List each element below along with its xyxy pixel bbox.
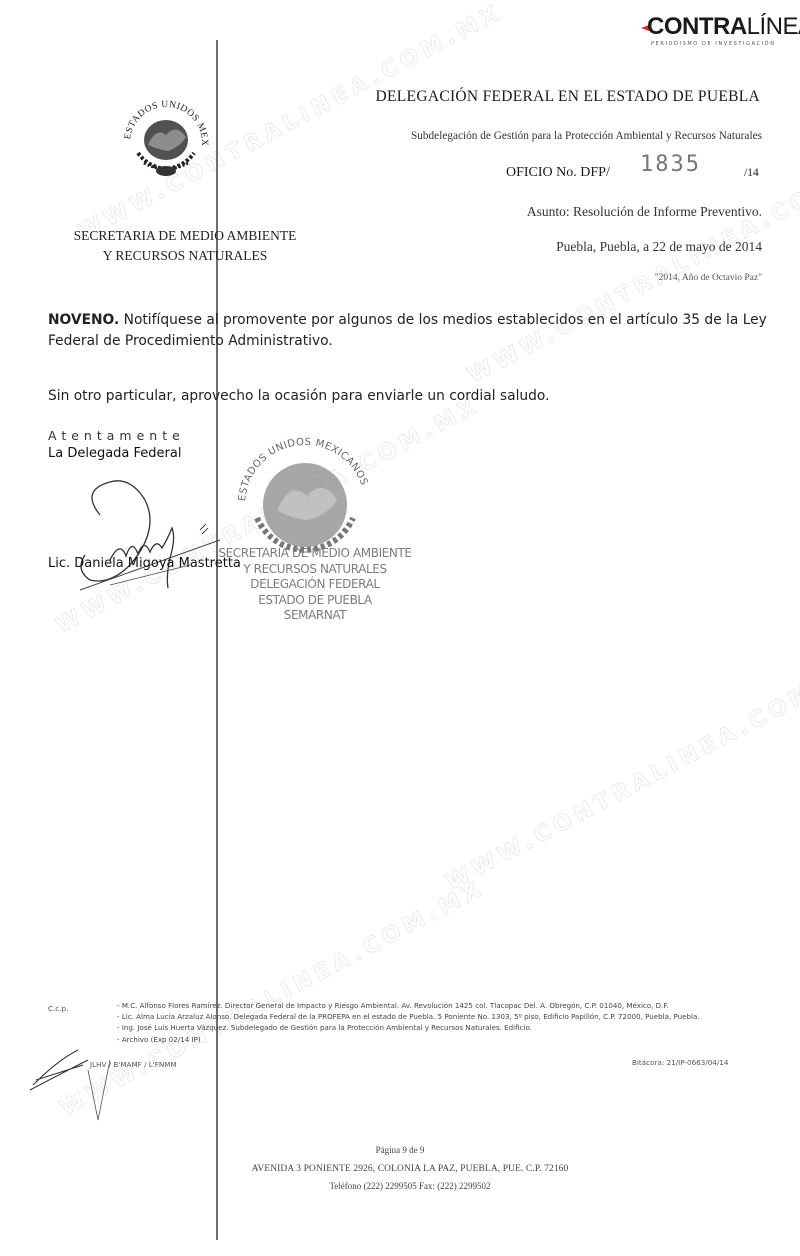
ccp-item: - Archivo (Exp 02/14 IP)	[117, 1034, 700, 1045]
secretaria-line-1: SECRETARIA DE MEDIO AMBIENTE	[40, 226, 330, 246]
oficio-year: /14	[744, 167, 759, 179]
brand-name-bold: CONTRA	[647, 13, 747, 40]
ccp-item: - M.C. Alfonso Flores Ramírez. Director …	[117, 1000, 700, 1011]
watermark: WWW.CONTRALINEA.COM.MX	[442, 650, 800, 896]
date-line: Puebla, Puebla, a 22 de mayo de 2014	[400, 239, 762, 255]
asunto: Asunto: Resolución de Informe Preventivo…	[400, 204, 762, 220]
page-number: Página 9 de 9	[200, 1145, 600, 1155]
brand-name-light: LÍNEA	[747, 13, 800, 40]
initials-signature	[28, 1030, 118, 1130]
stamp-line: SEMARNAT	[215, 608, 415, 624]
signer-title: La Delegada Federal	[48, 446, 181, 461]
noveno-text: Notifíquese al promovente por algunos de…	[48, 312, 767, 349]
oficio-label: OFICIO No. DFP/	[506, 165, 610, 181]
fold-line	[216, 40, 218, 1240]
office-phone: Teléfono (222) 2299505 Fax: (222) 229950…	[200, 1181, 620, 1191]
mexican-coat-of-arms-icon: ESTADOS UNIDOS MEXICANOS	[118, 85, 213, 190]
signer-name: Lic. Daniela Migoya Mastretta	[48, 556, 241, 571]
delegacion-heading: DELEGACIÓN FEDERAL EN EL ESTADO DE PUEBL…	[350, 88, 760, 106]
brand-tagline: PERIODISMO DE INVESTIGACIÓN	[651, 41, 776, 47]
noveno-paragraph: NOVENO. Notifíquese al promovente por al…	[48, 310, 778, 352]
ccp-item: - Lic. Alma Lucía Arzaluz Alonso. Delega…	[117, 1011, 700, 1022]
oficio-number: 1835	[640, 152, 701, 177]
ccp-list: - M.C. Alfonso Flores Ramírez. Director …	[117, 1000, 700, 1045]
contralinea-logo: CONTRALÍNEA PERIODISMO DE INVESTIGACIÓN	[641, 14, 786, 52]
office-address: AVENIDA 3 PONIENTE 2926, COLONIA LA PAZ,…	[200, 1164, 620, 1174]
closing-word: Atentamente	[48, 428, 185, 443]
watermark: WWW.CONTRALINEA.COM.MX	[56, 876, 489, 1122]
brand-name: CONTRALÍNEA	[647, 14, 800, 40]
handwritten-signature	[70, 470, 220, 600]
ccp-label: C.c.p.	[48, 1004, 68, 1013]
stamp-line: DELEGACIÓN FEDERAL	[215, 577, 415, 593]
ccp-item: - Ing. José Luis Huerta Vázquez. Subdele…	[117, 1022, 700, 1033]
bitacora-reference: Bitácora: 21/IP-0663/04/14	[632, 1058, 728, 1067]
stamp-line: Y RECURSOS NATURALES	[215, 562, 415, 578]
secretaria-line-2: Y RECURSOS NATURALES	[40, 246, 330, 266]
year-motto: "2014, Año de Octavio Paz"	[500, 273, 762, 283]
stamp-text: SECRETARIA DE MEDIO AMBIENTE Y RECURSOS …	[215, 546, 415, 624]
noveno-label: NOVENO.	[48, 312, 119, 328]
stamp-line: SECRETARIA DE MEDIO AMBIENTE	[215, 546, 415, 562]
initials-line: JLHV / B'MAMF / L'FNMM	[90, 1060, 177, 1069]
secretaria-heading: SECRETARIA DE MEDIO AMBIENTE Y RECURSOS …	[40, 226, 330, 266]
subdelegacion-heading: Subdelegación de Gestión para la Protecc…	[340, 130, 762, 142]
closing-greeting: Sin otro particular, aprovecho la ocasió…	[48, 388, 549, 404]
stamp-line: ESTADO DE PUEBLA	[215, 593, 415, 609]
